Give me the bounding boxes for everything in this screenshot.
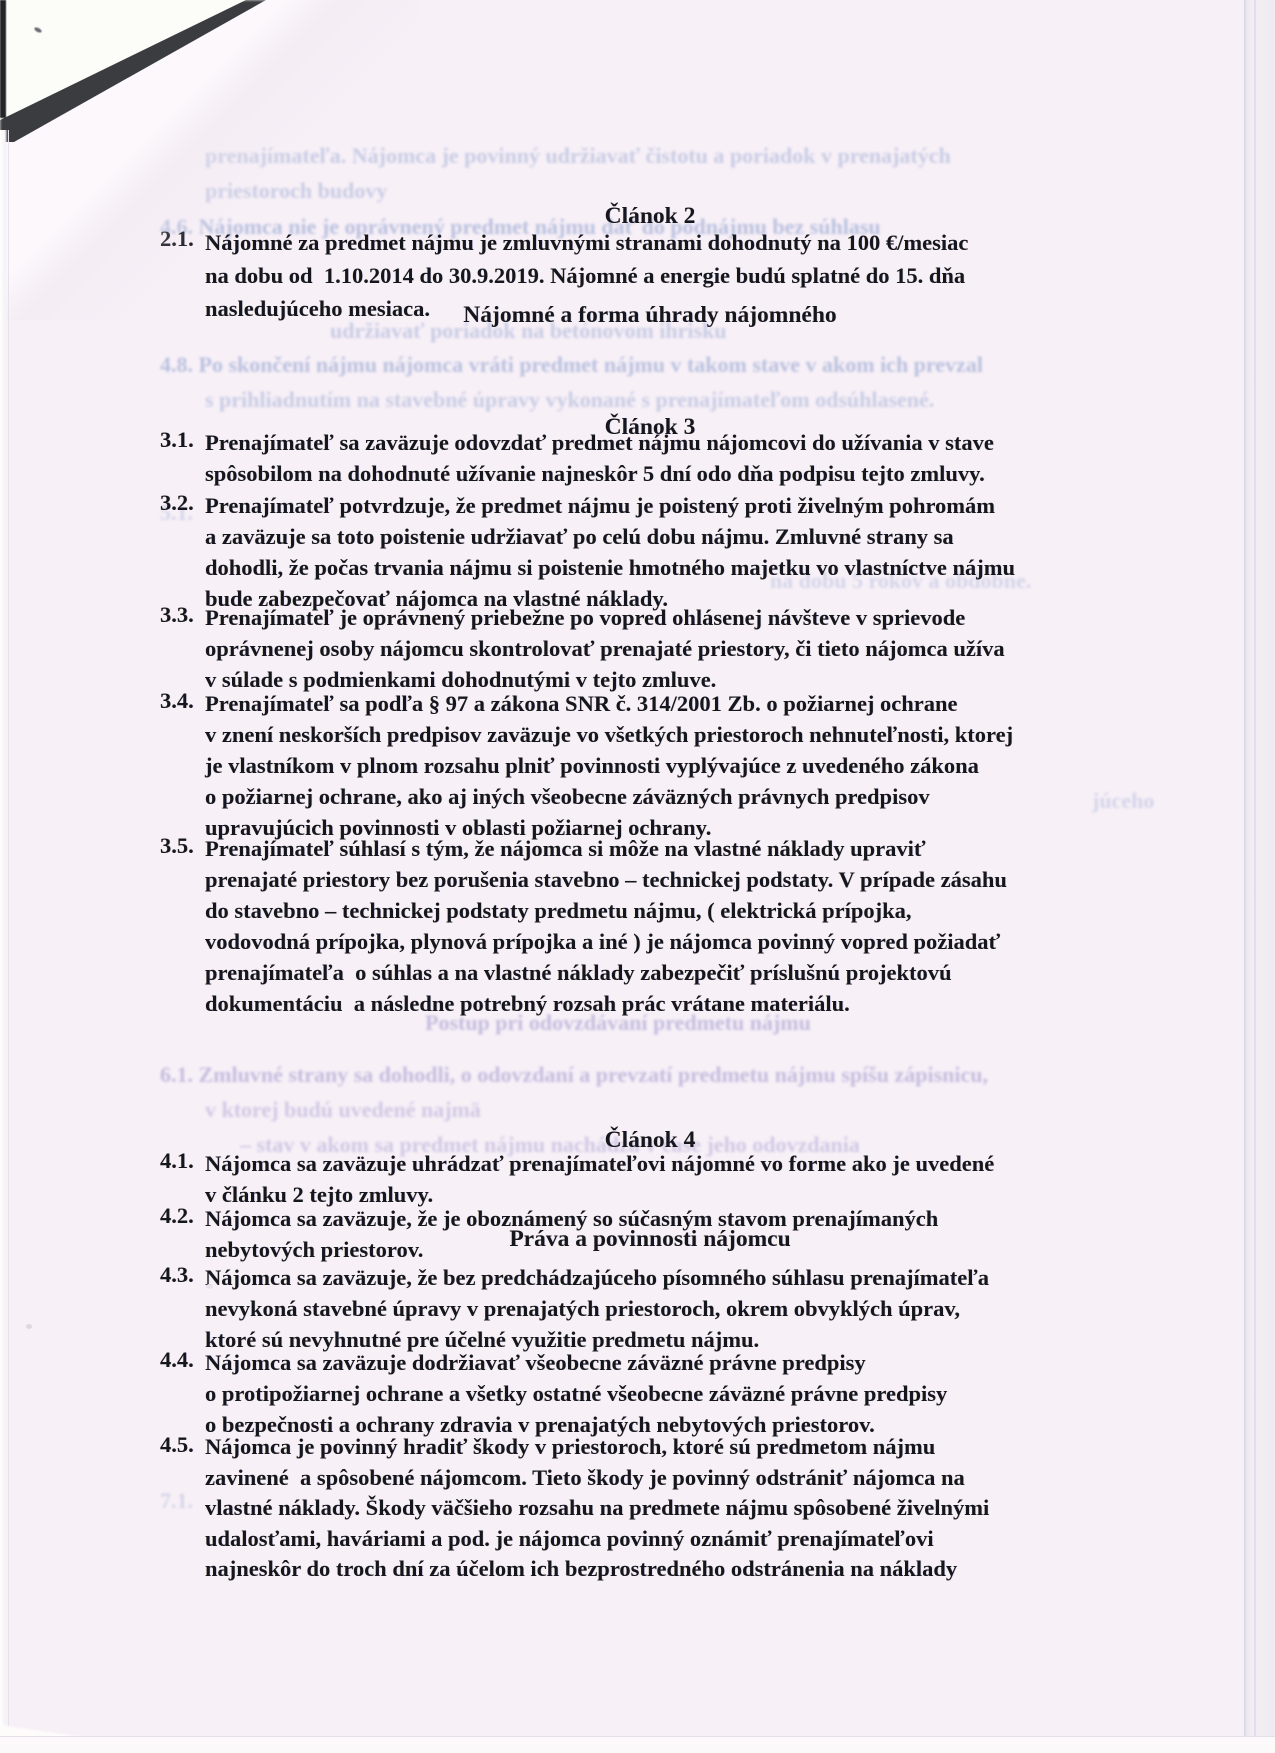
bleed-text: júceho (1092, 788, 1154, 814)
clause-text: Prenajímateľ sa zaväzuje odovzdať predme… (205, 427, 994, 489)
dust-speck (26, 1324, 32, 1329)
page-left-edge (0, 130, 9, 1753)
clause-number: 4.2. (160, 1203, 194, 1229)
clause-text: Prenajímateľ súhlasí s tým, že nájomca s… (205, 833, 1007, 1019)
clause-number: 4.1. (160, 1148, 194, 1174)
clause-text: Prenajímateľ sa podľa § 97 a zákona SNR … (205, 688, 1013, 843)
scanned-contract-page: prenajímateľa. Nájomca je povinný udržia… (0, 0, 1275, 1753)
clause-text: Nájomné za predmet nájmu je zmluvnými st… (205, 226, 968, 325)
clause-4-3: 4.3. Nájomca sa zaväzuje, že bez predchá… (160, 1262, 989, 1355)
page-right-edge (1244, 0, 1275, 1753)
dust-speck (206, 1284, 213, 1289)
clause-number: 3.4. (160, 688, 194, 714)
clause-text: Nájomca sa zaväzuje dodržiavať všeobecne… (205, 1347, 947, 1440)
clause-number: 3.5. (160, 833, 194, 859)
clause-4-5: 4.5. Nájomca je povinný hradiť škody v p… (160, 1432, 989, 1585)
clause-number: 4.5. (160, 1432, 194, 1458)
clause-3-3: 3.3. Prenajímateľ je oprávnený priebežne… (160, 602, 1005, 695)
clause-text: Prenajímateľ potvrdzuje, že predmet nájm… (205, 490, 1015, 614)
clause-2-1: 2.1. Nájomné za predmet nájmu je zmluvný… (160, 226, 968, 325)
clause-number: 4.4. (160, 1347, 194, 1373)
clause-text: Nájomca sa zaväzuje uhrádzať prenajímate… (205, 1148, 994, 1210)
clause-number: 4.3. (160, 1262, 194, 1288)
page-right-edge-line (1254, 0, 1256, 1753)
clause-4-4: 4.4. Nájomca sa zaväzuje dodržiavať všeo… (160, 1347, 947, 1440)
corner-edge-sliver (0, 0, 6, 118)
clause-3-4: 3.4. Prenajímateľ sa podľa § 97 a zákona… (160, 688, 1013, 843)
clause-number: 3.2. (160, 490, 194, 516)
page-bottom-edge (0, 1736, 1275, 1753)
clause-3-5: 3.5. Prenajímateľ súhlasí s tým, že nájo… (160, 833, 1007, 1019)
clause-text: Prenajímateľ je oprávnený priebežne po v… (205, 602, 1005, 695)
clause-number: 3.3. (160, 602, 194, 628)
clause-text: Nájomca sa zaväzuje, že je oboznámený so… (205, 1203, 938, 1265)
clause-number: 3.1. (160, 427, 194, 453)
clause-4-1: 4.1. Nájomca sa zaväzuje uhrádzať prenaj… (160, 1148, 994, 1210)
clause-text: Nájomca je povinný hradiť škody v priest… (205, 1432, 989, 1585)
clause-text: Nájomca sa zaväzuje, že bez predchádzajú… (205, 1262, 989, 1355)
clause-3-2: 3.2. Prenajímateľ potvrdzuje, že predmet… (160, 490, 1015, 614)
clause-3-1: 3.1. Prenajímateľ sa zaväzuje odovzdať p… (160, 427, 994, 489)
clause-4-2: 4.2. Nájomca sa zaväzuje, že je oboznáme… (160, 1203, 938, 1265)
clause-number: 2.1. (160, 226, 194, 252)
